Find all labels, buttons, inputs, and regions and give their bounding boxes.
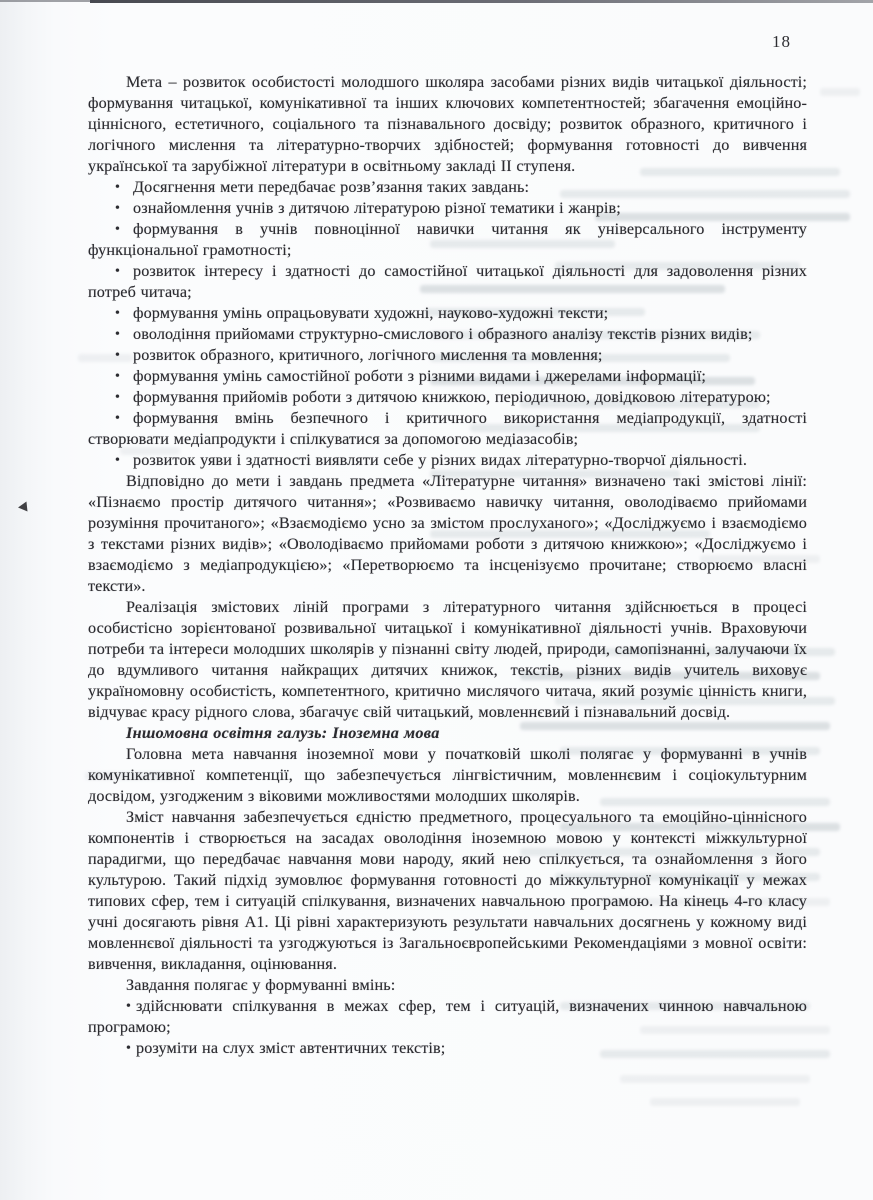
bullet-text: формування умінь опрацьовувати художні, … [133,304,608,322]
bullet-marker: • [115,408,120,429]
paragraph-contents: Зміст навчання забезпечується єдністю пр… [88,807,807,975]
bullet-text: Досягнення мети передбачає розв’язання т… [133,178,529,196]
bullet-marker: • [115,261,120,282]
tasks-intro: Завдання полягає у формуванні вмінь: [88,975,807,996]
bullet-text: розвиток образного, критичного, логічног… [133,346,602,364]
bullet-text: формування умінь самостійної роботи з рі… [133,367,706,385]
scan-edge-artifact [90,0,873,3]
paragraph-content-lines: Відповідно до мети і завдань предмета «Л… [88,471,807,597]
bullet-text: формування вмінь безпечного і критичного… [88,409,807,448]
scanned-document-page: 18 Мета – [0,0,873,1200]
bullet-item: •Досягнення мети передбачає розв’язання … [88,177,807,198]
bullet-marker: • [115,450,120,471]
bullet-text: розвиток інтересу і здатності до самості… [88,262,807,301]
paragraph-goal: Головна мета навчання іноземної мови у п… [88,744,807,807]
bleed-through-artifact [820,88,860,96]
bullet-item: •розуміти на слух зміст автентичних текс… [88,1038,807,1059]
bullet-text: оволодіння прийомами структурно-смислово… [133,325,752,343]
bullet-item: •формування умінь опрацьовувати художні,… [88,303,807,324]
bullet-item: •розвиток уяви і здатності виявляти себе… [88,450,807,471]
bullet-text: розуміти на слух зміст автентичних текст… [136,1039,445,1057]
bullet-marker: • [115,324,120,345]
bullet-marker: • [115,387,120,408]
bullet-item: •оволодіння прийомами структурно-смислов… [88,324,807,345]
paragraph-meta: Мета – розвиток особистості молодшого шк… [88,72,807,177]
margin-arrow-mark [18,502,28,513]
bullet-item: •формування в учнів повноцінної навички … [88,219,807,261]
bullet-marker: • [126,1038,131,1059]
bleed-through-artifact [650,1098,800,1106]
bullet-marker: • [115,177,120,198]
bullet-marker: • [115,345,120,366]
bullet-item: •ознайомлення учнів з дитячою літературо… [88,198,807,219]
bullet-marker: • [115,303,120,324]
bleed-through-artifact [620,1075,810,1083]
bullet-text: формування в учнів повноцінної навички ч… [88,220,807,259]
page-number: 18 [772,32,791,52]
bullet-item: •формування умінь самостійної роботи з р… [88,366,807,387]
bullet-item: •формування вмінь безпечного і критичног… [88,408,807,450]
bullet-item: •формування прийомів роботи з дитячою кн… [88,387,807,408]
bullet-text: здійснювати спілкування в межах сфер, те… [88,997,807,1036]
bullet-item: •розвиток образного, критичного, логічно… [88,345,807,366]
bullet-marker: • [126,996,131,1017]
paragraph-realization: Реалізація змістових ліній програми з лі… [88,597,807,723]
bullet-item: •здійснювати спілкування в межах сфер, т… [88,996,807,1038]
bullet-text: розвиток уяви і здатності виявляти себе … [133,451,747,469]
scan-edge-artifact [0,0,95,2]
document-body-text: Мета – розвиток особистості молодшого шк… [88,72,807,1059]
bullet-marker: • [115,366,120,387]
section-heading-foreign-language: Іншомовна освітня галузь: Іноземна мова [88,723,807,744]
bullet-text: формування прийомів роботи з дитячою кни… [133,388,771,406]
bullet-text: ознайомлення учнів з дитячою літературою… [133,199,621,217]
bullet-item: •розвиток інтересу і здатності до самост… [88,261,807,303]
bullet-marker: • [115,219,120,240]
bullet-marker: • [115,198,120,219]
